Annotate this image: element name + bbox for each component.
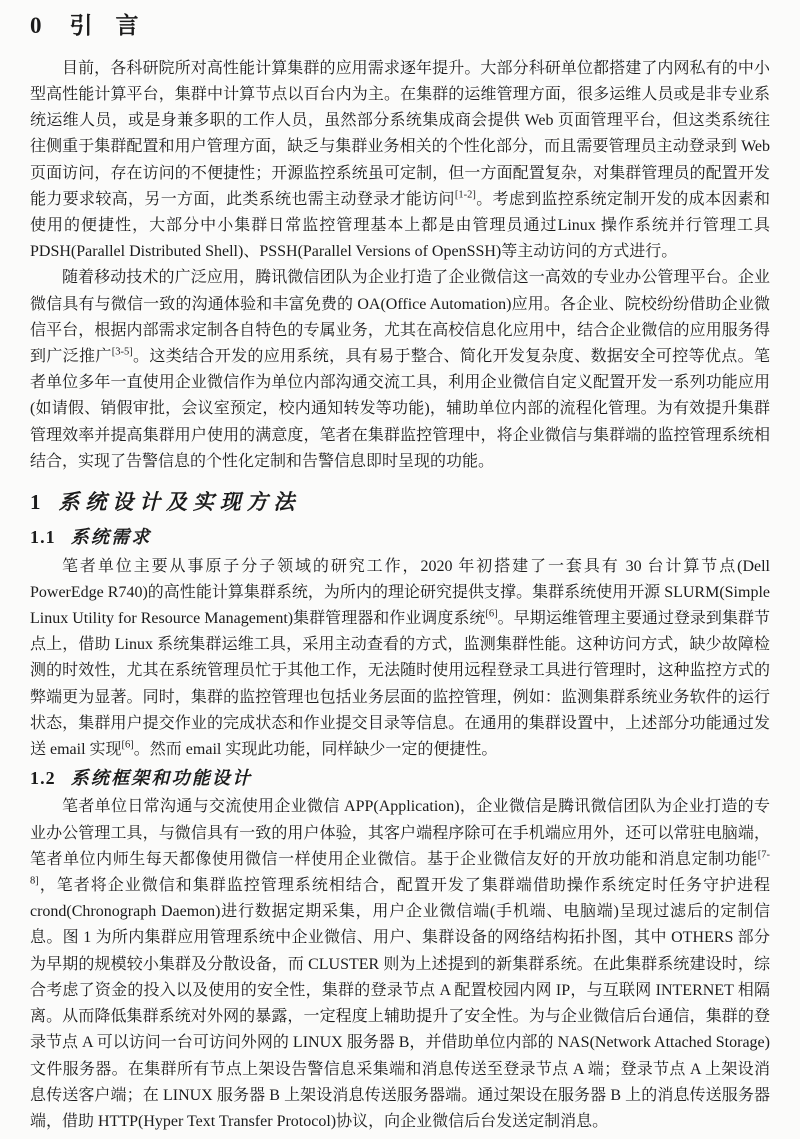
- section-title: 引 言: [70, 13, 139, 38]
- section-heading: 1系统设计及实现方法: [30, 489, 770, 515]
- citation-superscript: [6]: [122, 740, 134, 751]
- paragraph-text: 。然而 email 实现此功能，同样缺少一定的便捷性。: [134, 741, 498, 758]
- section-heading: 0引 言: [30, 12, 770, 41]
- section-number: 1.2: [30, 766, 56, 790]
- paragraph: 笔者单位日常沟通与交流使用企业微信 APP(Application)，企业微信是…: [30, 794, 770, 1135]
- paragraph-text: 目前，各科研院所对高性能计算集群的应用需求逐年提升。大部分科研单位都搭建了内网私…: [30, 60, 770, 208]
- paragraph-text: 。这类结合开发的应用系统，具有易于整合、简化开发复杂度、数据安全可控等优点。笔者…: [30, 348, 770, 470]
- section-title: 系统框架和功能设计: [71, 768, 252, 788]
- citation-superscript: [3-5]: [112, 347, 133, 358]
- paragraph-text: ，笔者将企业微信和集群监控管理系统相结合，配置开发了集群端借助操作系统定时任务守…: [30, 877, 770, 1130]
- paragraph-text: 。早期运维管理主要通过登录到集群节点上，借助 Linux 系统集群运维工具，采用…: [30, 610, 770, 758]
- paper-page: 0引 言目前，各科研院所对高性能计算集群的应用需求逐年提升。大部分科研单位都搭建…: [0, 0, 800, 1139]
- section-title: 系统设计及实现方法: [59, 490, 301, 514]
- section-heading: 1.1系统需求: [30, 525, 770, 549]
- citation-superscript: [6]: [485, 609, 497, 620]
- paragraph: 目前，各科研院所对高性能计算集群的应用需求逐年提升。大部分科研单位都搭建了内网私…: [30, 56, 770, 266]
- paragraph: 随着移动技术的广泛应用，腾讯微信团队为企业打造了企业微信这一高效的专业办公管理平…: [30, 265, 770, 475]
- section-number: 1: [30, 489, 41, 515]
- section-number: 1.1: [30, 525, 56, 549]
- paragraph: 笔者单位主要从事原子分子领域的研究工作，2020 年初搭建了一套具有 30 台计…: [30, 554, 770, 764]
- citation-superscript: [1-2]: [455, 189, 476, 200]
- document-body: 0引 言目前，各科研院所对高性能计算集群的应用需求逐年提升。大部分科研单位都搭建…: [30, 12, 770, 1135]
- section-number: 0: [30, 12, 42, 41]
- section-heading: 1.2系统框架和功能设计: [30, 766, 770, 790]
- paragraph-text: 笔者单位日常沟通与交流使用企业微信 APP(Application)，企业微信是…: [30, 798, 770, 867]
- section-title: 系统需求: [71, 527, 152, 547]
